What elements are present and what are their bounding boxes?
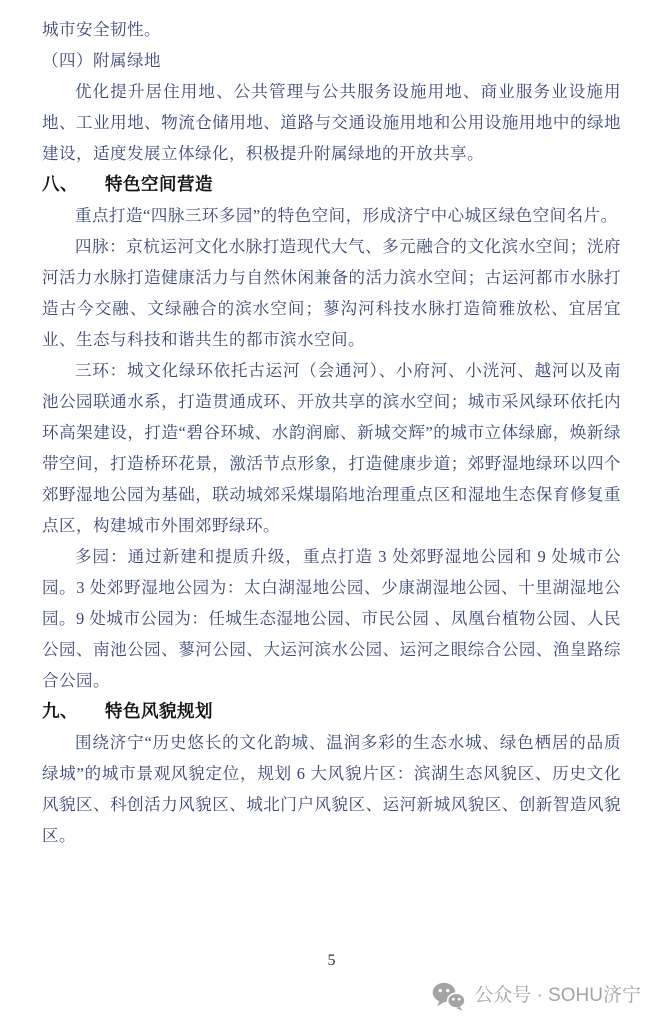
section-8-paragraph-2: 四脉：京杭运河文化水脉打造现代大气、多元融合的文化滨水空间；洸府河活力水脉打造健…: [42, 231, 621, 355]
paragraph-continuation: 城市安全韧性。: [42, 14, 621, 45]
subsection-4-paragraph: 优化提升居住用地、公共管理与公共服务设施用地、商业服务业设施用地、工业用地、物流…: [42, 76, 621, 169]
section-8-heading: 八、特色空间营造: [42, 169, 621, 200]
section-8-paragraph-1: 重点打造“四脉三环多园”的特色空间，形成济宁中心城区绿色空间名片。: [42, 200, 621, 231]
document-page: 城市安全韧性。 （四）附属绿地 优化提升居住用地、公共管理与公共服务设施用地、商…: [0, 0, 663, 1024]
wechat-icon: [432, 982, 465, 1011]
section-9-heading: 九、特色风貌规划: [42, 696, 621, 727]
section-9-paragraph-1: 围绕济宁“历史悠长的文化韵城、温润多彩的生态水城、绿色栖居的品质绿城”的城市景观…: [42, 727, 621, 851]
section-8-paragraph-4: 多园：通过新建和提质升级，重点打造 3 处郊野湿地公园和 9 处城市公园。3 处…: [42, 541, 621, 696]
section-9-number: 九、: [42, 696, 105, 727]
watermark-text: 公众号 · SOHU济宁: [474, 981, 641, 1011]
wechat-watermark: 公众号 · SOHU济宁: [432, 981, 641, 1011]
subsection-4-heading: （四）附属绿地: [42, 45, 621, 76]
section-8-paragraph-3: 三环：城文化绿环依托古运河（会通河）、小府河、小洸河、越河以及南池公园联通水系，…: [42, 355, 621, 541]
section-8-title: 特色空间营造: [105, 174, 213, 194]
page-number: 5: [0, 951, 663, 971]
document-body: 城市安全韧性。 （四）附属绿地 优化提升居住用地、公共管理与公共服务设施用地、商…: [0, 0, 663, 851]
section-9-title: 特色风貌规划: [105, 701, 213, 721]
section-8-number: 八、: [42, 169, 105, 200]
